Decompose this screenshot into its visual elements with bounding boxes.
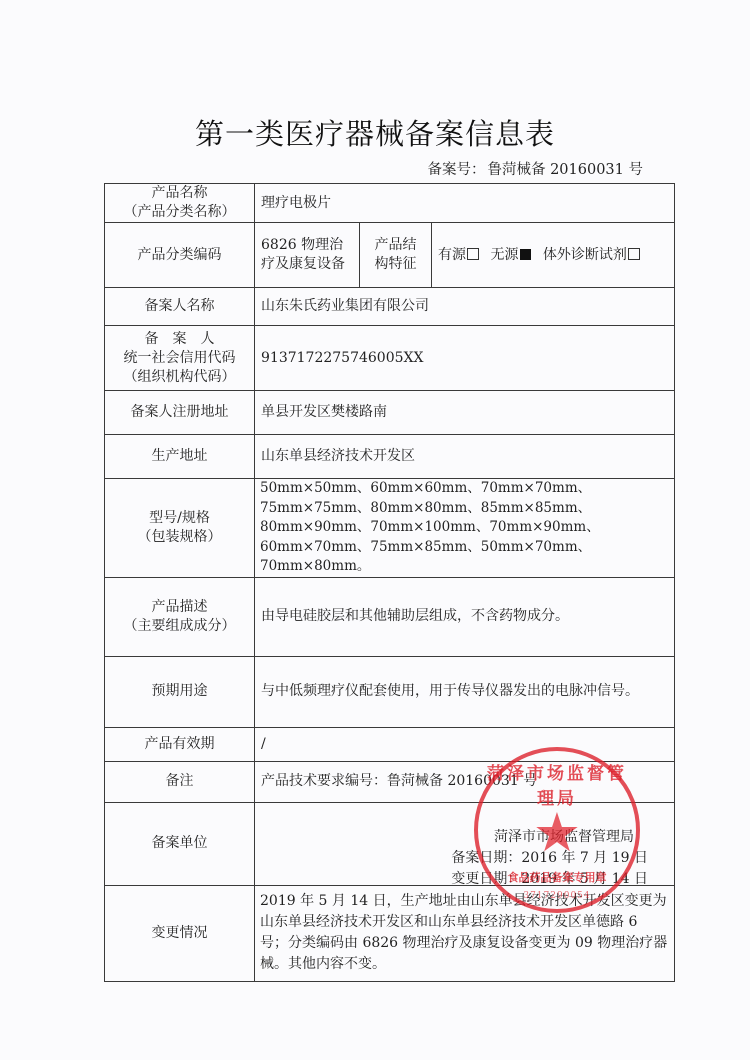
label-line: 产品描述 bbox=[111, 598, 248, 617]
option-ivd[interactable]: 体外诊断试剂 bbox=[543, 247, 640, 263]
registered-address-label: 备案人注册地址 bbox=[105, 391, 255, 435]
label-line: （主要组成成分） bbox=[111, 617, 248, 636]
description-label: 产品描述 （主要组成成分） bbox=[105, 577, 255, 656]
option-ivd-label: 体外诊断试剂 bbox=[543, 247, 627, 263]
row-registrant-name: 备案人名称 山东朱氏药业集团有限公司 bbox=[105, 288, 675, 326]
filing-unit-value: 菏泽市市场监督管理局 备案日期：2016 年 7 月 19 日 变更日期：201… bbox=[255, 802, 675, 885]
label-line: （产品分类名称） bbox=[111, 203, 248, 222]
option-passive-label: 无源 bbox=[490, 247, 518, 263]
registered-address-value: 单县开发区樊楼路南 bbox=[255, 391, 675, 435]
change-date: 变更日期：2019 年 5 月 14 日 bbox=[451, 869, 648, 890]
product-name-label: 产品名称 （产品分类名称） bbox=[105, 184, 255, 223]
checkbox-unchecked-icon[interactable] bbox=[467, 248, 479, 260]
record-number-value: 鲁菏械备 20160031 号 bbox=[487, 162, 643, 178]
row-model-spec: 型号/规格 （包装规格） 50mm×50mm、60mm×60mm、70mm×70… bbox=[105, 479, 675, 578]
label-line: 产品名称 bbox=[111, 184, 248, 203]
model-spec-label: 型号/规格 （包装规格） bbox=[105, 479, 255, 578]
remarks-label: 备注 bbox=[105, 761, 255, 802]
label-line: （包装规格） bbox=[111, 528, 248, 547]
label-line: 统一社会信用代码 bbox=[111, 349, 248, 368]
classification-code-value: 6826 物理治疗及康复设备 bbox=[255, 223, 360, 288]
intended-use-label: 预期用途 bbox=[105, 656, 255, 727]
production-address-label: 生产地址 bbox=[105, 435, 255, 479]
registrant-name-value: 山东朱氏药业集团有限公司 bbox=[255, 288, 675, 326]
filing-unit-label: 备案单位 bbox=[105, 802, 255, 885]
product-name-value: 理疗电极片 bbox=[255, 184, 675, 223]
row-registered-address: 备案人注册地址 单县开发区樊楼路南 bbox=[105, 391, 675, 435]
row-description: 产品描述 （主要组成成分） 由导电硅胶层和其他辅助层组成，不含药物成分。 bbox=[105, 577, 675, 656]
validity-value: / bbox=[255, 727, 675, 761]
row-production-address: 生产地址 山东单县经济技术开发区 bbox=[105, 435, 675, 479]
row-classification: 产品分类编码 6826 物理治疗及康复设备 产品结构特征 有源 无源 体外诊断试… bbox=[105, 223, 675, 288]
row-product-name: 产品名称 （产品分类名称） 理疗电极片 bbox=[105, 184, 675, 223]
filing-authority: 菏泽市市场监督管理局 bbox=[451, 827, 648, 848]
model-spec-value: 50mm×50mm、60mm×60mm、70mm×70mm、75mm×75mm、… bbox=[255, 479, 675, 578]
row-validity: 产品有效期 / bbox=[105, 727, 675, 761]
row-remarks: 备注 产品技术要求编号：鲁菏械备 20160031 号 bbox=[105, 761, 675, 802]
credit-code-value: 9137172275746005XX bbox=[255, 326, 675, 391]
credit-code-label: 备 案 人 统一社会信用代码 （组织机构代码） bbox=[105, 326, 255, 391]
structure-feature-options: 有源 无源 体外诊断试剂 bbox=[432, 223, 675, 288]
label-line: （组织机构代码） bbox=[111, 368, 248, 387]
record-number: 备案号：鲁菏械备 20160031 号 bbox=[427, 158, 643, 179]
checkbox-unchecked-icon[interactable] bbox=[628, 248, 640, 260]
record-number-label: 备案号： bbox=[427, 162, 485, 178]
changes-value: 2019 年 5 月 14 日，生产地址由山东单县经济技术开发区变更为山东单县经… bbox=[255, 885, 675, 981]
label-line: 型号/规格 bbox=[111, 509, 248, 528]
production-address-value: 山东单县经济技术开发区 bbox=[255, 435, 675, 479]
validity-label: 产品有效期 bbox=[105, 727, 255, 761]
page-title: 第一类医疗器械备案信息表 bbox=[0, 112, 750, 153]
label-line: 备 案 人 bbox=[111, 330, 248, 349]
row-filing-unit: 备案单位 菏泽市市场监督管理局 备案日期：2016 年 7 月 19 日 变更日… bbox=[105, 802, 675, 885]
option-passive[interactable]: 无源 bbox=[490, 247, 531, 263]
checkbox-checked-icon[interactable] bbox=[520, 249, 531, 260]
info-table: 产品名称 （产品分类名称） 理疗电极片 产品分类编码 6826 物理治疗及康复设… bbox=[104, 183, 675, 982]
classification-code-label: 产品分类编码 bbox=[105, 223, 255, 288]
remarks-value: 产品技术要求编号：鲁菏械备 20160031 号 bbox=[255, 761, 675, 802]
filing-date: 备案日期：2016 年 7 月 19 日 bbox=[451, 848, 648, 869]
structure-feature-label: 产品结构特征 bbox=[360, 223, 432, 288]
option-active[interactable]: 有源 bbox=[438, 247, 479, 263]
option-active-label: 有源 bbox=[438, 247, 466, 263]
registrant-name-label: 备案人名称 bbox=[105, 288, 255, 326]
row-intended-use: 预期用途 与中低频理疗仪配套使用，用于传导仪器发出的电脉冲信号。 bbox=[105, 656, 675, 727]
changes-label: 变更情况 bbox=[105, 885, 255, 981]
description-value: 由导电硅胶层和其他辅助层组成，不含药物成分。 bbox=[255, 577, 675, 656]
intended-use-value: 与中低频理疗仪配套使用，用于传导仪器发出的电脉冲信号。 bbox=[255, 656, 675, 727]
row-changes: 变更情况 2019 年 5 月 14 日，生产地址由山东单县经济技术开发区变更为… bbox=[105, 885, 675, 981]
row-credit-code: 备 案 人 统一社会信用代码 （组织机构代码） 9137172275746005… bbox=[105, 326, 675, 391]
